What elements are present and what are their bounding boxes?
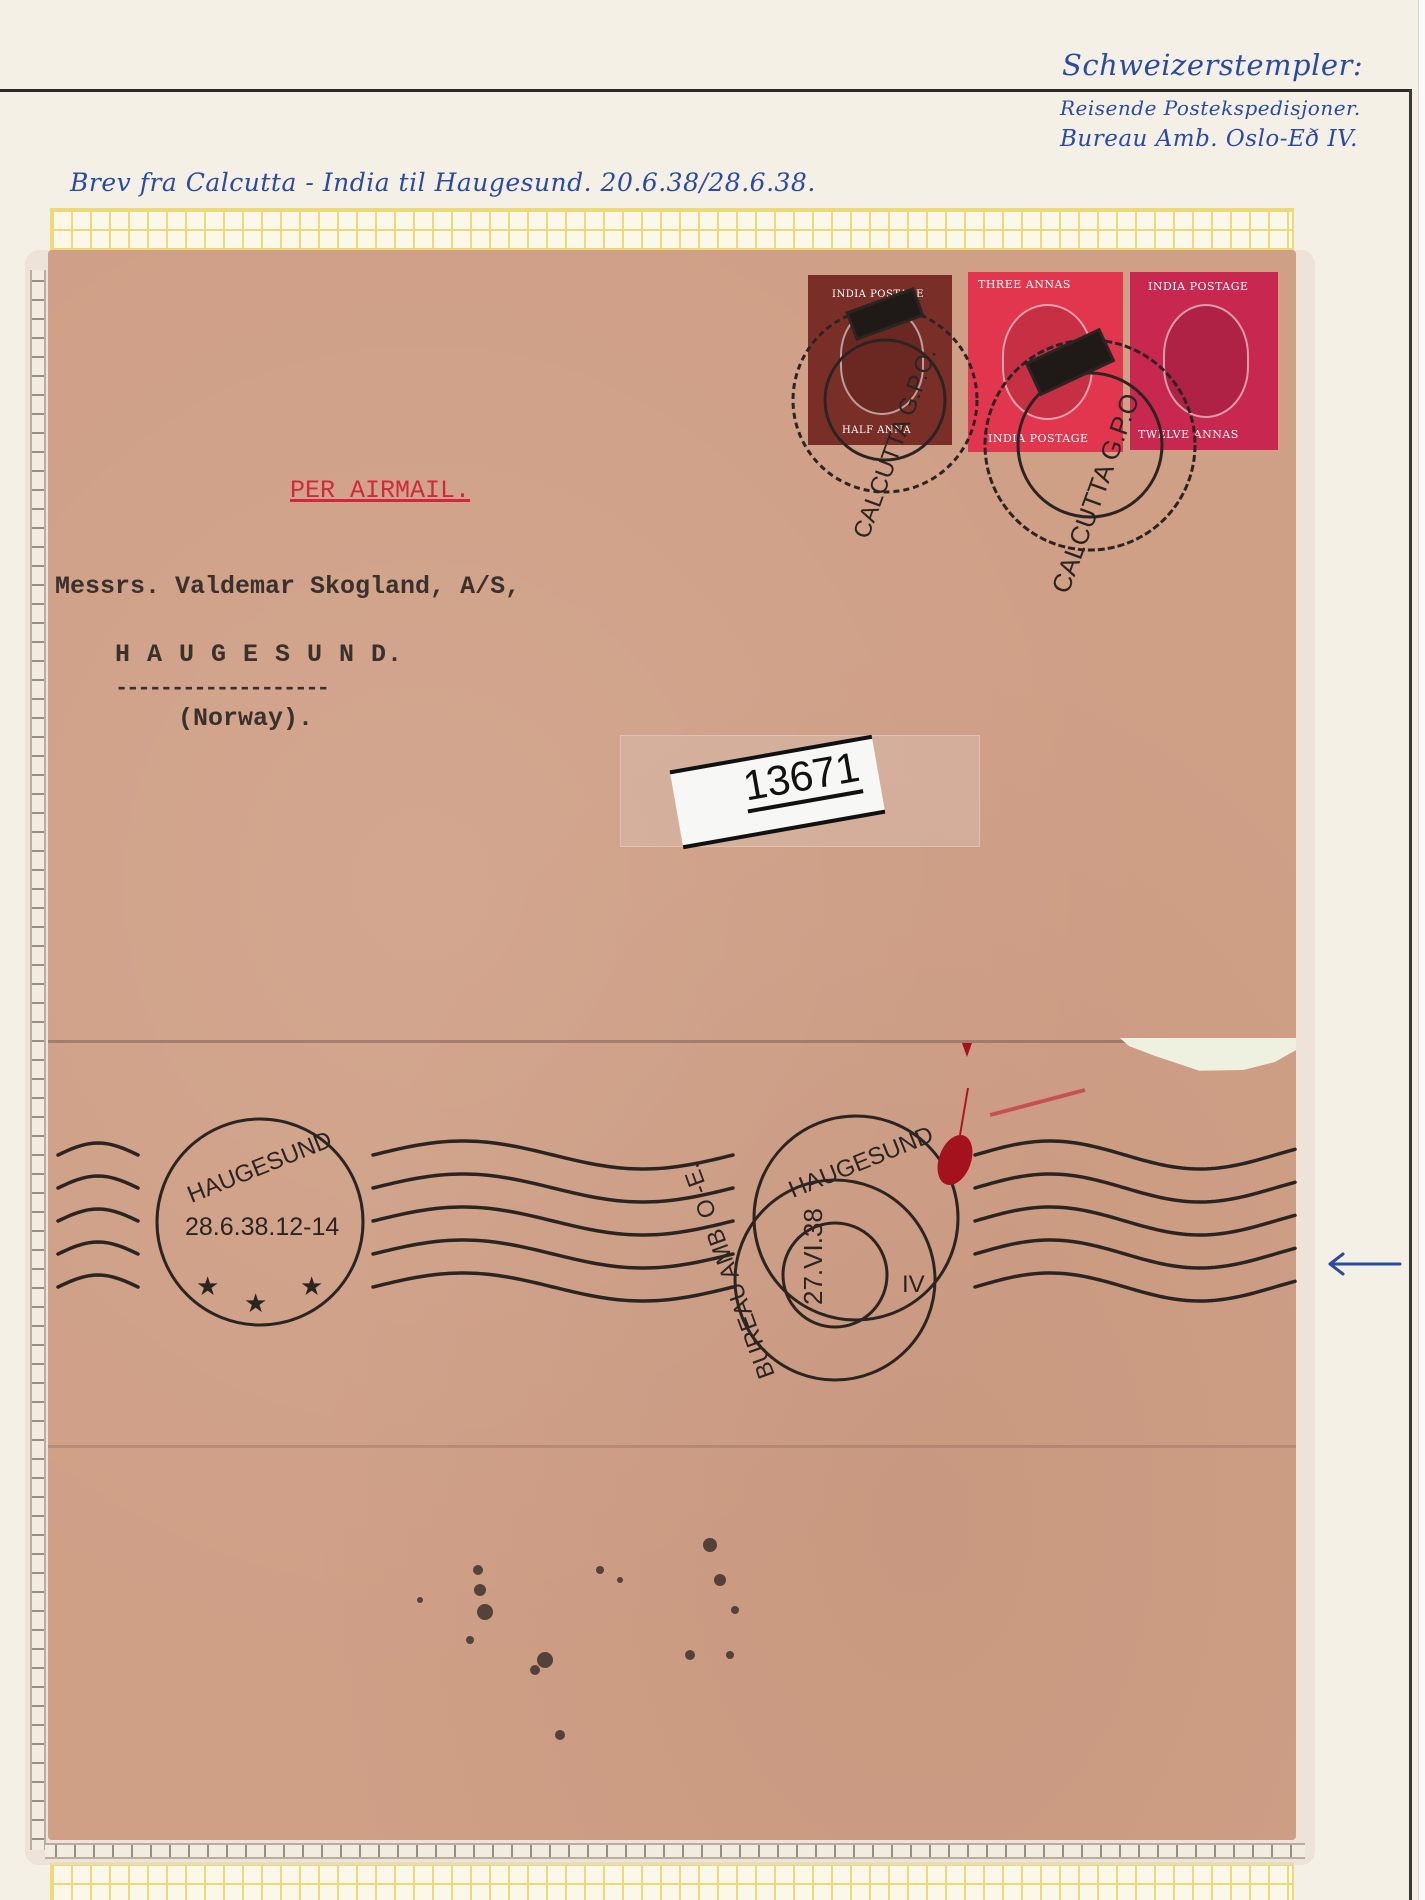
svg-text:IV: IV <box>902 1271 925 1298</box>
left-arrow-icon <box>1325 1250 1405 1280</box>
svg-text:★: ★ <box>196 1272 219 1302</box>
svg-text:27.VI.38: 27.VI.38 <box>798 1208 828 1305</box>
svg-text:★: ★ <box>244 1289 267 1319</box>
svg-text:28.6.38.12-14: 28.6.38.12-14 <box>185 1213 339 1241</box>
svg-text:HAUGESUND: HAUGESUND <box>785 1121 937 1203</box>
star-icon: ★ ★ ★ <box>196 1272 323 1319</box>
svg-text:CALCUTTA G.P.O.: CALCUTTA G.P.O. <box>1045 383 1147 597</box>
ink-offset-blotches <box>417 1538 739 1740</box>
svg-text:BUREAU AMB. O.-E.: BUREAU AMB. O.-E. <box>678 1160 781 1382</box>
postmarks-layer: CALCUTTA G.P.O. CALCUTTA G.P.O. HAUGESUN… <box>0 0 1425 1900</box>
svg-text:HAUGESUND: HAUGESUND <box>184 1126 336 1208</box>
red-ink-blot <box>931 1043 1085 1190</box>
svg-text:★: ★ <box>300 1272 323 1302</box>
